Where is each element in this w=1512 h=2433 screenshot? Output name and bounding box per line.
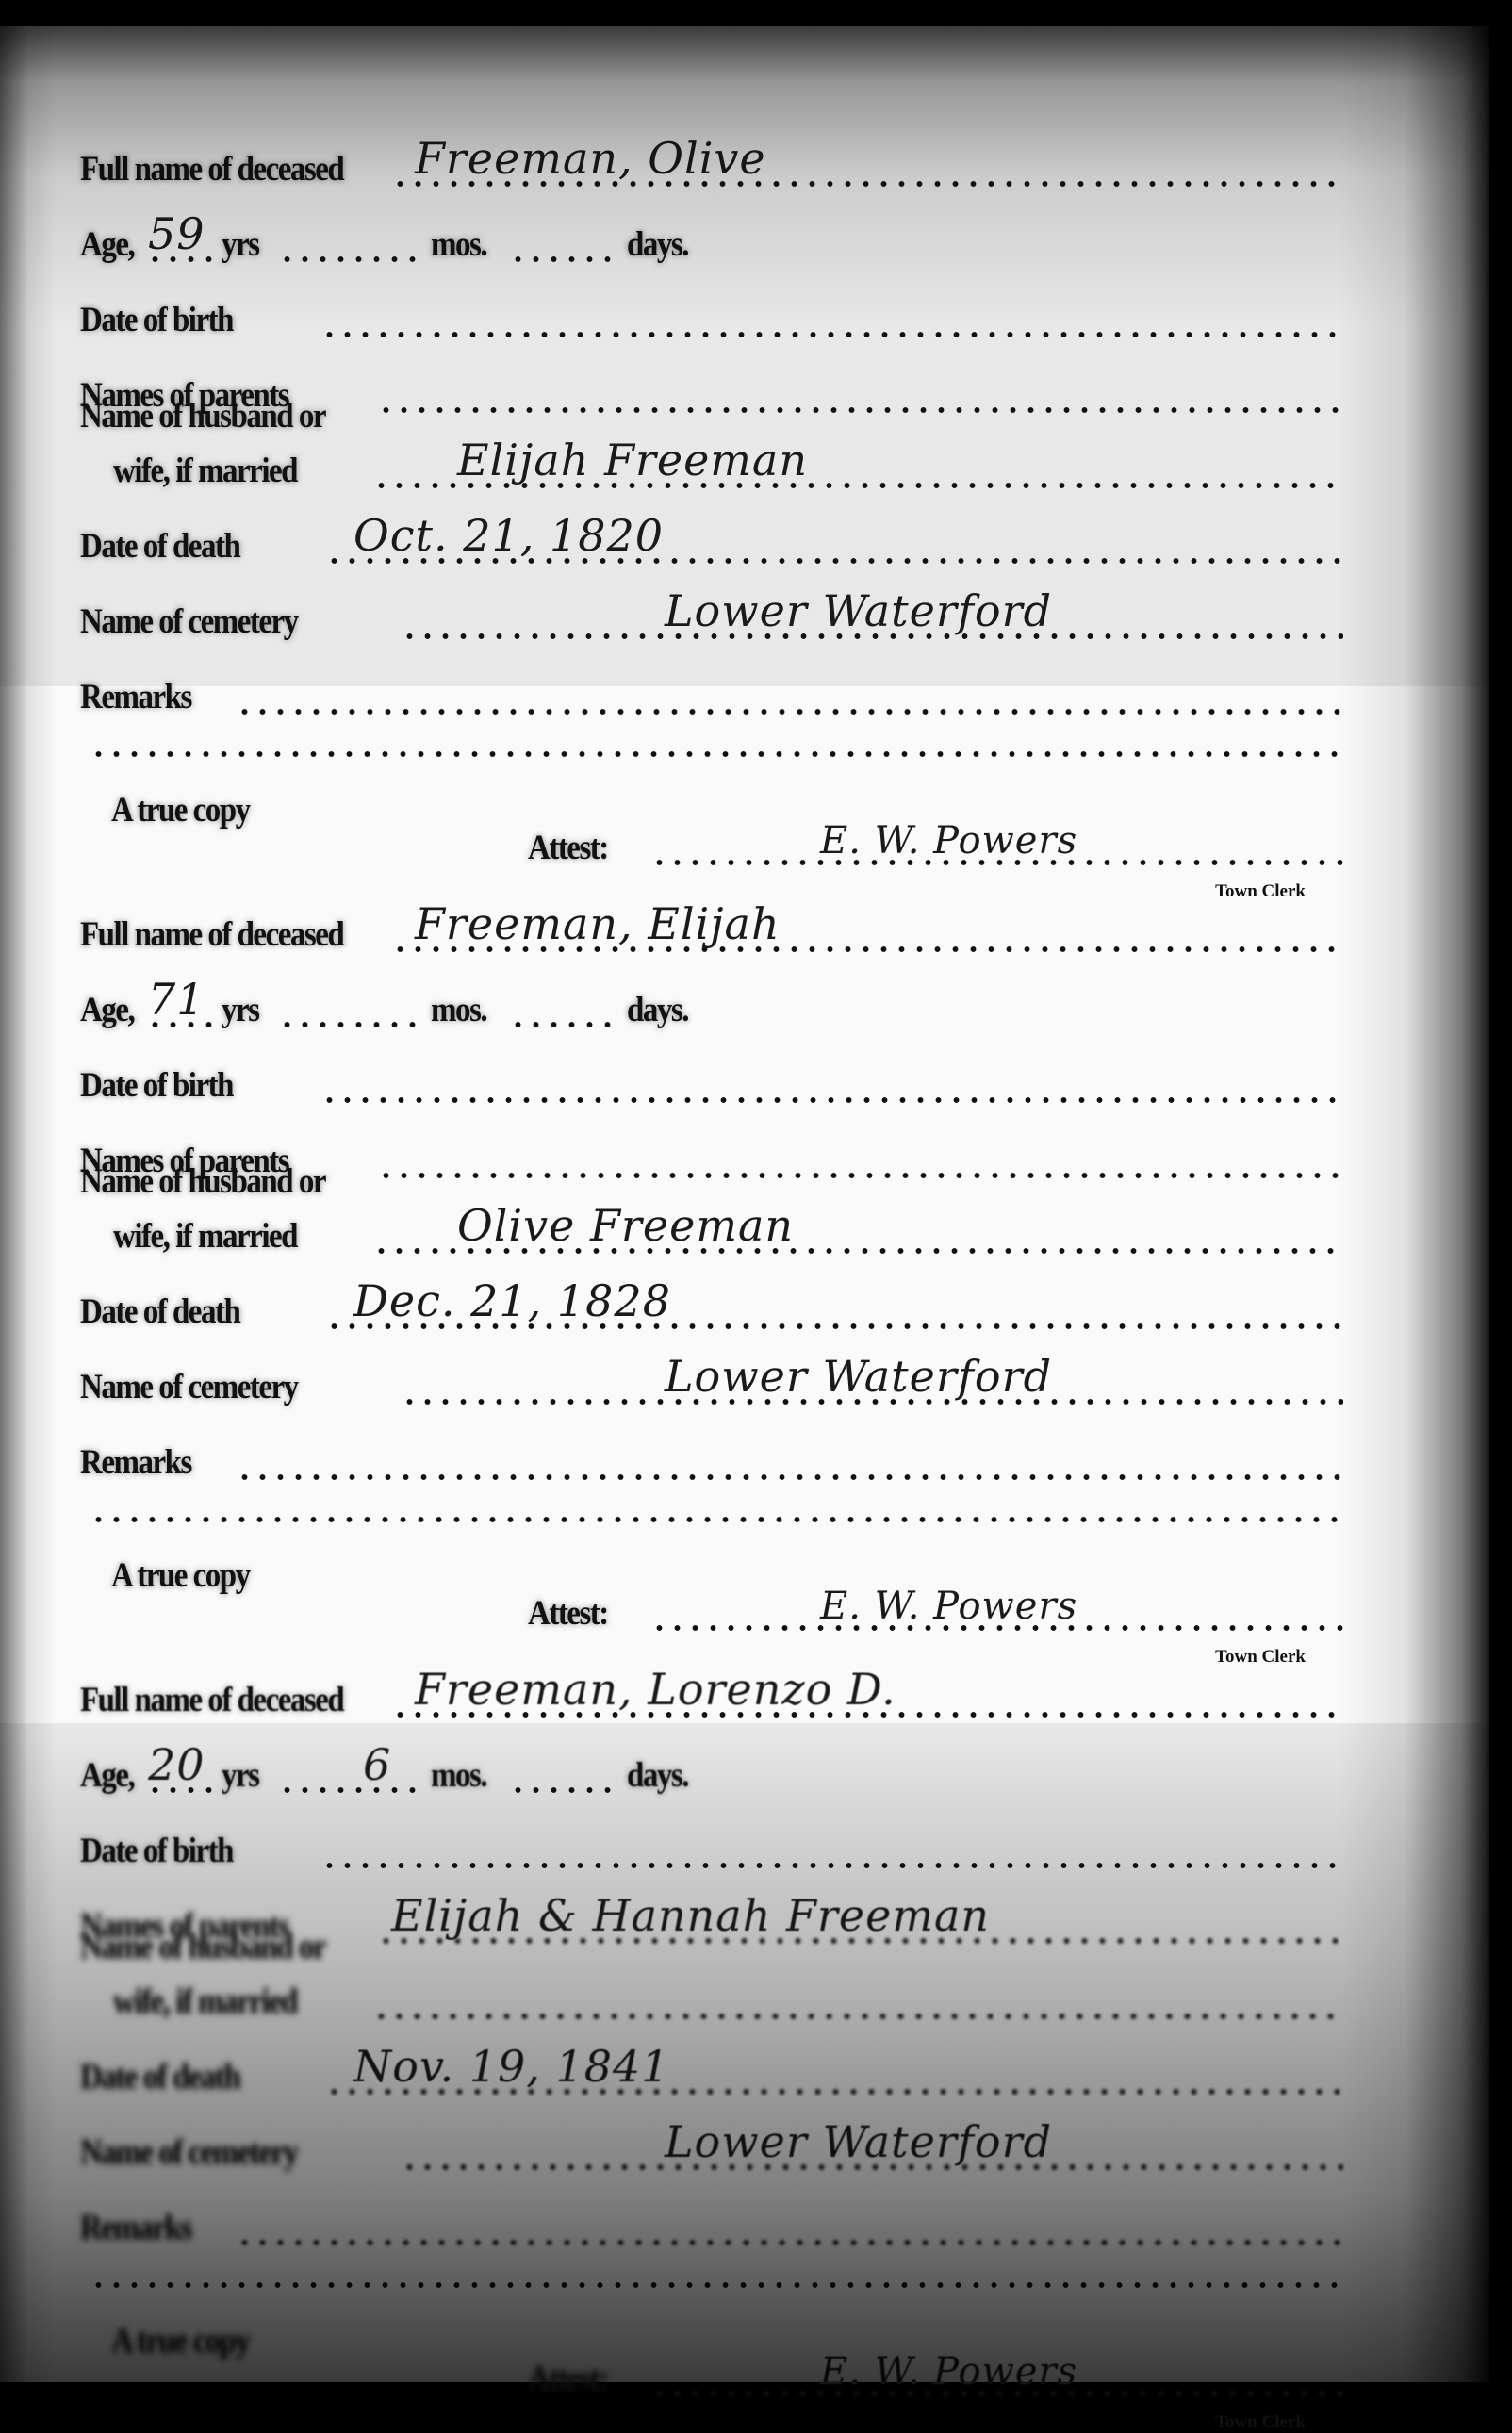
row-attest: Attest: E. W. Powers (528, 2346, 1343, 2382)
row-full-name: Full name of deceased Freeman, Olive (80, 137, 1343, 193)
dotted-line (90, 2281, 1343, 2289)
row-spouse: wife, if married Olive Freeman (80, 1204, 1343, 1260)
death-record: Full name of deceased Freeman, Elijah Ag… (0, 817, 1489, 1583)
row-full-name: Full name of deceased Freeman, Elijah (80, 902, 1343, 959)
label-spouse-line2: wife, if married (113, 1983, 297, 2022)
label-days: days. (627, 226, 688, 265)
dotted-line (236, 1473, 1343, 1481)
dotted-line (236, 2239, 1343, 2246)
row-spouse-label1: Name of husband or (80, 393, 1343, 440)
row-age: Age, 71 yrs mos. days. (80, 978, 1343, 1034)
label-date-of-death: Date of death (80, 1293, 239, 1332)
dotted-line (509, 1786, 622, 1794)
value-age-years: 20 (148, 1739, 205, 1790)
row-spouse: wife, if married (80, 1969, 1343, 2026)
label-cemetery: Name of cemetery (80, 603, 298, 642)
dotted-line (90, 750, 1343, 758)
dotted-line (278, 1786, 424, 1794)
row-remarks-continued (90, 2276, 1343, 2294)
row-full-name: Full name of deceased Freeman, Lorenzo D… (80, 1668, 1343, 1724)
label-age: Age, (80, 1757, 134, 1796)
value-age-months: 6 (363, 1739, 391, 1790)
value-date-of-death: Nov. 19, 1841 (353, 2041, 670, 2092)
label-remarks: Remarks (80, 679, 191, 717)
row-cemetery: Name of cemetery Lower Waterford (80, 1355, 1343, 1411)
label-age: Age, (80, 226, 134, 265)
row-cemetery: Name of cemetery Lower Waterford (80, 589, 1343, 646)
death-record: Full name of deceased Freeman, Olive Age… (0, 52, 1489, 817)
row-remarks: Remarks (80, 1430, 1343, 1487)
dotted-line (278, 1021, 424, 1028)
dotted-line (372, 2013, 1343, 2020)
dotted-line (278, 255, 424, 263)
row-date-of-death: Date of death Nov. 19, 1841 (80, 2045, 1343, 2101)
dotted-line (509, 255, 622, 263)
row-date-of-death: Date of death Oct. 21, 1820 (80, 514, 1343, 570)
value-spouse: Olive Freeman (457, 1200, 794, 1251)
label-yrs: yrs (222, 226, 259, 265)
death-record: Full name of deceased Freeman, Lorenzo D… (0, 1583, 1489, 2348)
value-full-name: Freeman, Olive (415, 133, 766, 184)
label-age: Age, (80, 992, 134, 1030)
value-cemetery: Lower Waterford (665, 2116, 1052, 2167)
dotted-line (320, 331, 1343, 338)
row-date-of-death: Date of death Dec. 21, 1828 (80, 1279, 1343, 1336)
value-age-years: 71 (148, 974, 205, 1025)
row-date-of-birth: Date of birth (80, 1053, 1343, 1110)
row-age: Age, 20 yrs 6 mos. days. (80, 1743, 1343, 1800)
dotted-line (236, 708, 1343, 715)
label-mos: mos. (431, 992, 486, 1030)
label-mos: mos. (431, 1757, 486, 1796)
label-full-name: Full name of deceased (80, 1682, 343, 1720)
label-mos: mos. (431, 226, 486, 265)
dotted-line (320, 1096, 1343, 1104)
label-date-of-birth: Date of birth (80, 1067, 233, 1106)
label-spouse-line1: Name of husband or (80, 398, 325, 436)
value-date-of-death: Oct. 21, 1820 (353, 510, 664, 561)
row-spouse-label1: Name of husband or (80, 1924, 1343, 1971)
dotted-line (90, 1516, 1343, 1523)
label-spouse-line1: Name of husband or (80, 1163, 325, 1202)
label-cemetery: Name of cemetery (80, 1369, 298, 1407)
row-age: Age, 59 yrs mos. days. (80, 212, 1343, 269)
label-spouse-line2: wife, if married (113, 1218, 297, 1257)
label-remarks: Remarks (80, 2210, 191, 2248)
label-days: days. (627, 1757, 688, 1796)
value-cemetery: Lower Waterford (665, 585, 1052, 636)
dotted-line (320, 1862, 1343, 1869)
label-full-name: Full name of deceased (80, 916, 343, 955)
label-true-copy: A true copy (111, 2323, 250, 2361)
value-cemetery: Lower Waterford (665, 1351, 1052, 1402)
label-full-name: Full name of deceased (80, 151, 343, 189)
label-date-of-birth: Date of birth (80, 1833, 233, 1871)
label-date-of-birth: Date of birth (80, 302, 233, 340)
row-cemetery: Name of cemetery Lower Waterford (80, 2120, 1343, 2177)
row-remarks-continued (90, 1510, 1343, 1529)
label-spouse-line2: wife, if married (113, 452, 297, 491)
row-date-of-birth: Date of birth (80, 288, 1343, 344)
value-age-years: 59 (148, 208, 205, 259)
row-date-of-birth: Date of birth (80, 1818, 1343, 1875)
value-date-of-death: Dec. 21, 1828 (353, 1275, 671, 1326)
label-date-of-death: Date of death (80, 2059, 239, 2097)
label-remarks: Remarks (80, 1444, 191, 1483)
value-full-name: Freeman, Elijah (415, 898, 781, 949)
row-remarks: Remarks (80, 665, 1343, 721)
row-spouse: wife, if married Elijah Freeman (80, 438, 1343, 495)
value-full-name: Freeman, Lorenzo D. (415, 1664, 896, 1715)
label-cemetery: Name of cemetery (80, 2134, 298, 2173)
label-yrs: yrs (222, 1757, 259, 1796)
row-spouse-label1: Name of husband or (80, 1159, 1343, 1206)
value-attest-signature: E. W. Powers (820, 2350, 1077, 2382)
dotted-line (509, 1021, 622, 1028)
row-remarks-continued (90, 745, 1343, 764)
label-attest: Attest: (528, 2360, 608, 2382)
row-remarks: Remarks (80, 2195, 1343, 2252)
label-date-of-death: Date of death (80, 528, 239, 567)
value-spouse: Elijah Freeman (457, 435, 808, 485)
label-spouse-line1: Name of husband or (80, 1929, 325, 1967)
label-days: days. (627, 992, 688, 1030)
label-yrs: yrs (222, 992, 259, 1030)
